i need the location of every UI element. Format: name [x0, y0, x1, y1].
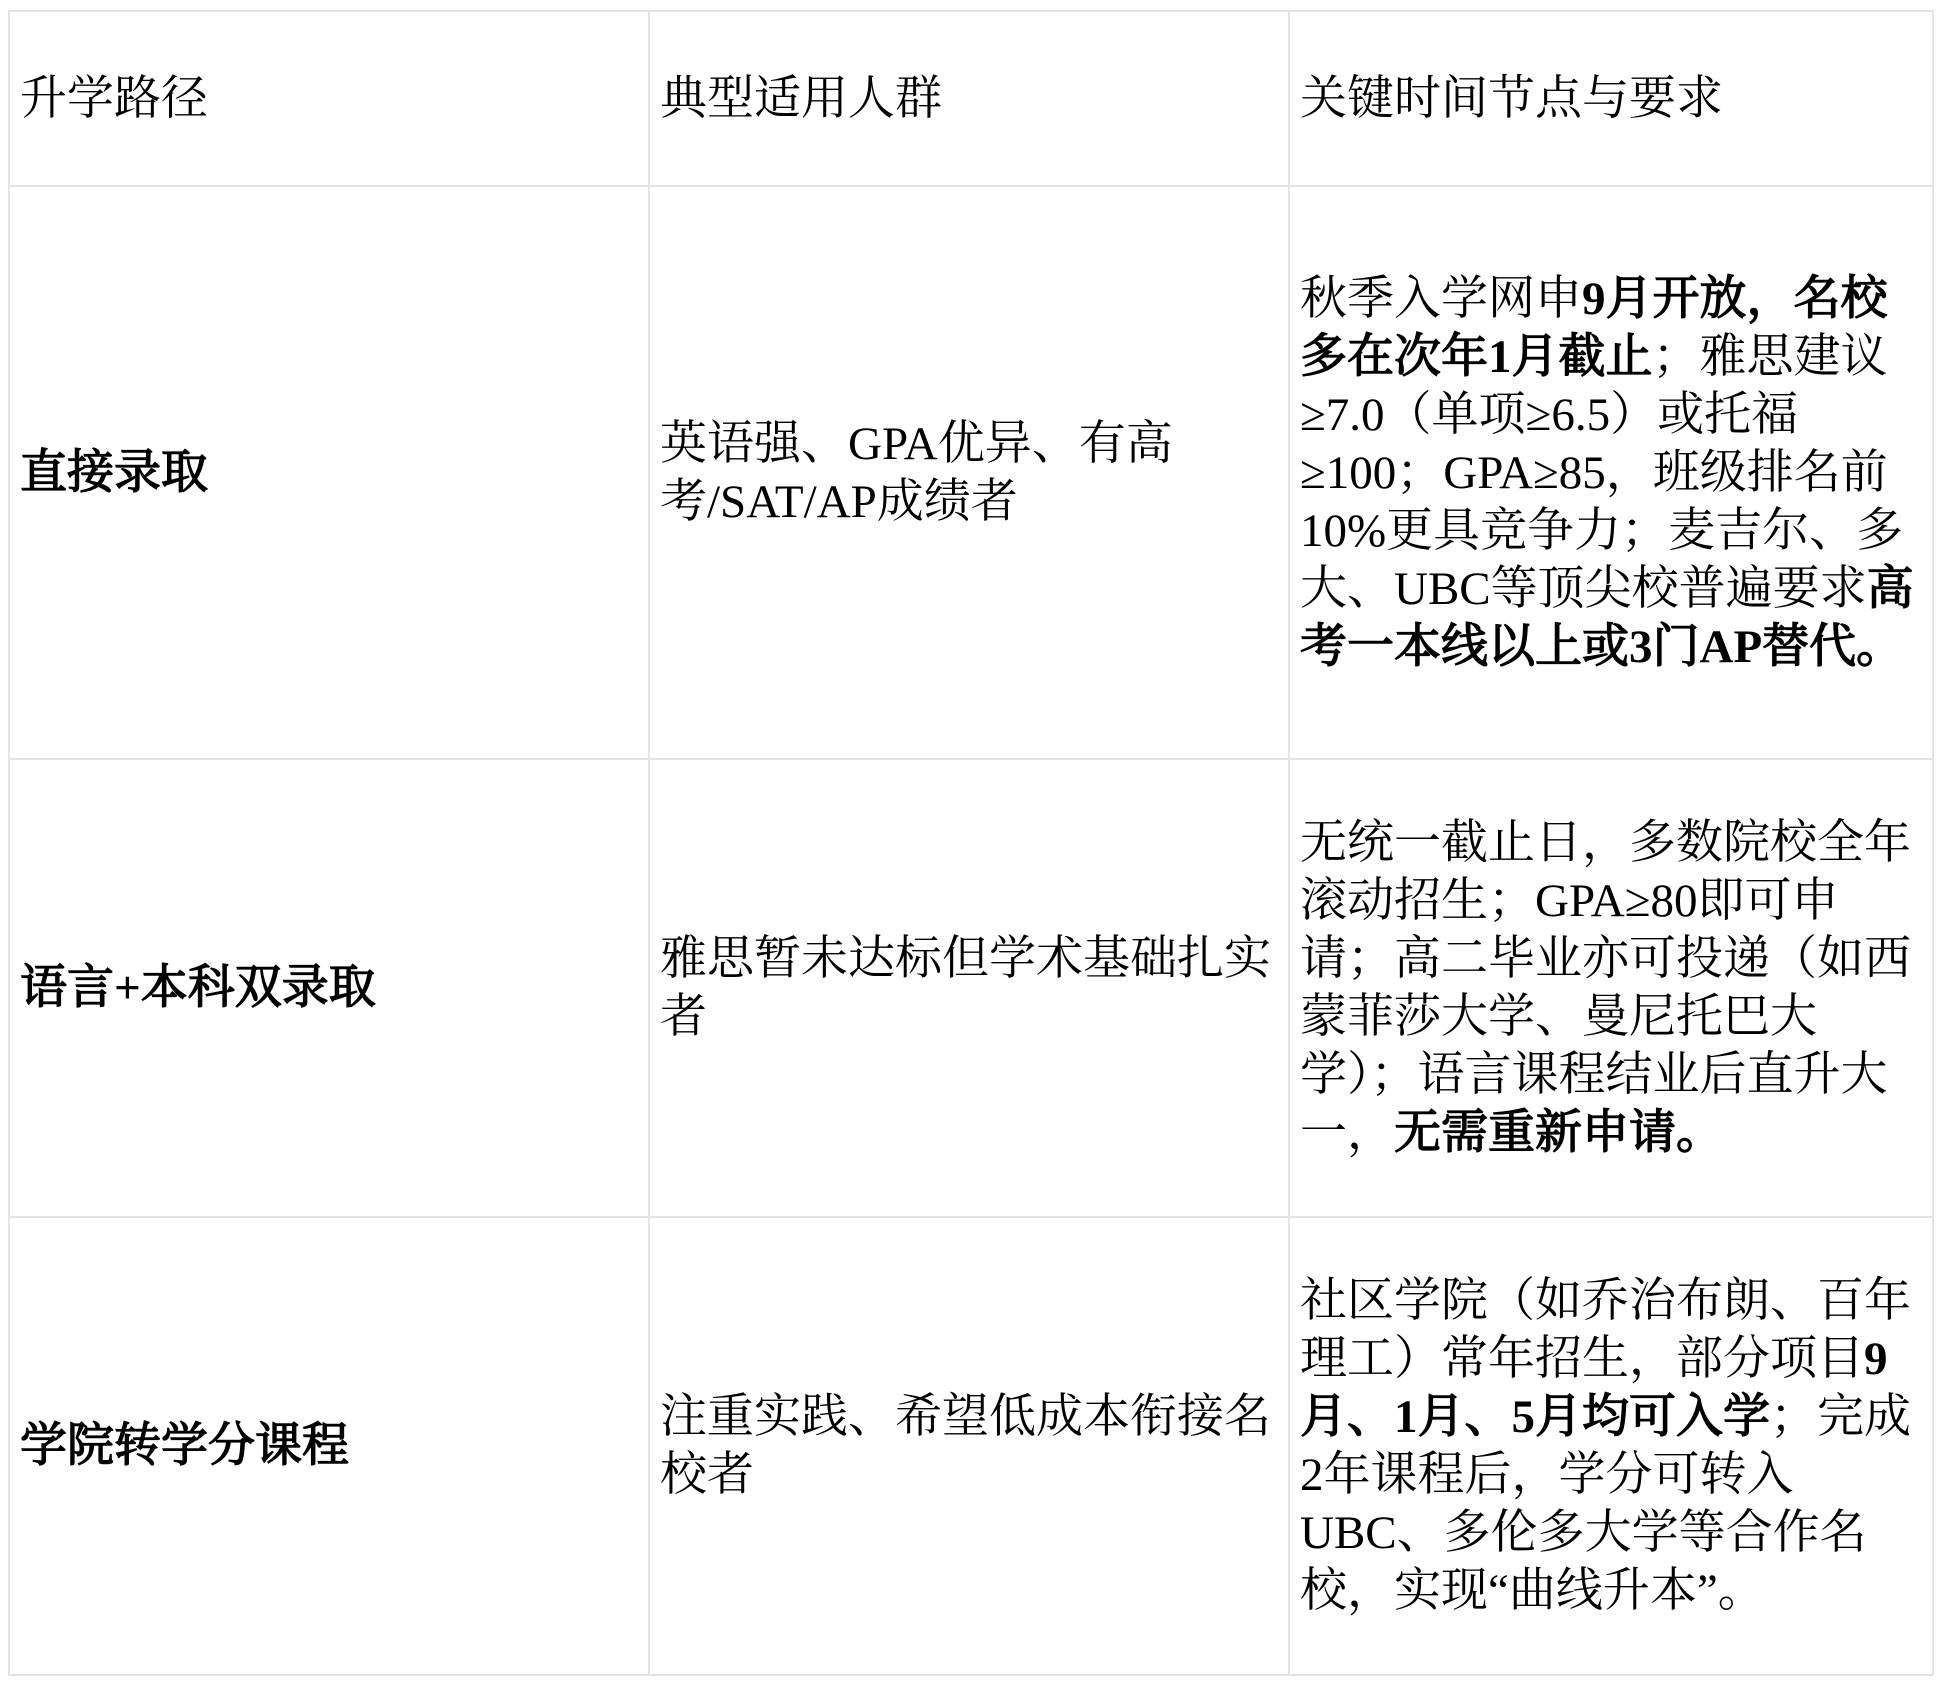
header-requirements: 关键时间节点与要求: [1289, 11, 1933, 186]
path-cell: 语言+本科双录取: [9, 759, 649, 1217]
table-row-direct-admission: 直接录取 英语强、GPA优异、有高考/SAT/AP成绩者 秋季入学网申9月开放，…: [9, 186, 1933, 759]
table-row-college-transfer: 学院转学分课程 注重实践、希望低成本衔接名校者 社区学院（如乔治布朗、百年理工）…: [9, 1217, 1933, 1675]
admission-paths-table: 升学路径 典型适用人群 关键时间节点与要求 直接录取 英语强、GPA优异、有高考…: [8, 10, 1934, 1676]
audience-cell: 注重实践、希望低成本衔接名校者: [649, 1217, 1289, 1675]
audience-cell: 英语强、GPA优异、有高考/SAT/AP成绩者: [649, 186, 1289, 759]
header-path: 升学路径: [9, 11, 649, 186]
audience-cell: 雅思暂未达标但学术基础扎实者: [649, 759, 1289, 1217]
path-cell: 学院转学分课程: [9, 1217, 649, 1675]
path-cell: 直接录取: [9, 186, 649, 759]
header-audience: 典型适用人群: [649, 11, 1289, 186]
requirements-cell: 秋季入学网申9月开放，名校多在次年1月截止；雅思建议≥7.0（单项≥6.5）或托…: [1289, 186, 1933, 759]
requirements-cell: 社区学院（如乔治布朗、百年理工）常年招生，部分项目9月、1月、5月均可入学；完成…: [1289, 1217, 1933, 1675]
header-row: 升学路径 典型适用人群 关键时间节点与要求: [9, 11, 1933, 186]
table-row-dual-admission: 语言+本科双录取 雅思暂未达标但学术基础扎实者 无统一截止日，多数院校全年滚动招…: [9, 759, 1933, 1217]
requirements-cell: 无统一截止日，多数院校全年滚动招生；GPA≥80即可申请；高二毕业亦可投递（如西…: [1289, 759, 1933, 1217]
